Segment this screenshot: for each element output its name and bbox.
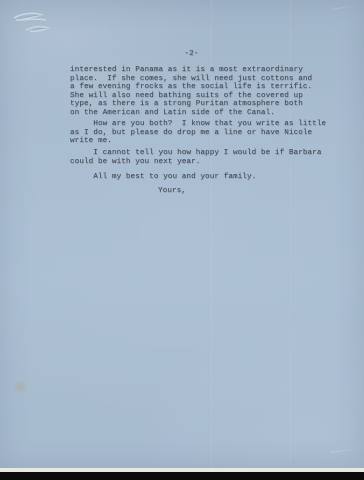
- typed-line: type, as there is a strong Puritan atmos…: [70, 100, 313, 109]
- typed-line: How are you both? I know that you write …: [70, 120, 313, 129]
- typed-line: I cannot tell you how happy I would be i…: [70, 149, 313, 158]
- letter-paper: -2- interested in Panama as it is a most…: [0, 0, 364, 468]
- typed-line: as I do, but please do drop me a line or…: [70, 129, 313, 138]
- typed-line: could be with you next year.: [70, 158, 313, 167]
- page-number: -2-: [70, 50, 313, 59]
- typed-line: on the American and Latin side of the Ca…: [70, 109, 313, 118]
- typed-line: place. If she comes, she will need just …: [70, 75, 313, 84]
- corner-crease: [330, 446, 364, 453]
- paragraph: I cannot tell you how happy I would be i…: [70, 149, 313, 166]
- typed-line: a few evening frocks as the social life …: [70, 83, 313, 92]
- paragraph: How are you both? I know that you write …: [70, 120, 313, 146]
- typed-line: interested in Panama as it is a most ext…: [70, 66, 313, 75]
- typed-line: She will also need bathing suits of the …: [70, 92, 313, 101]
- corner-crease: [332, 3, 364, 10]
- typed-line: write me.: [70, 137, 313, 146]
- handwritten-pencil-mark: [8, 8, 68, 40]
- paragraph: All my best to you and your family.: [70, 173, 313, 182]
- typed-line: All my best to you and your family.: [70, 173, 313, 182]
- letter-closing: Yours,: [158, 187, 278, 196]
- paper-stain: [13, 380, 28, 394]
- scanned-letter-page: { "document": { "page_number": "-2-", "p…: [0, 0, 364, 480]
- scan-background-bar: [0, 472, 364, 480]
- paragraph: interested in Panama as it is a most ext…: [70, 66, 313, 117]
